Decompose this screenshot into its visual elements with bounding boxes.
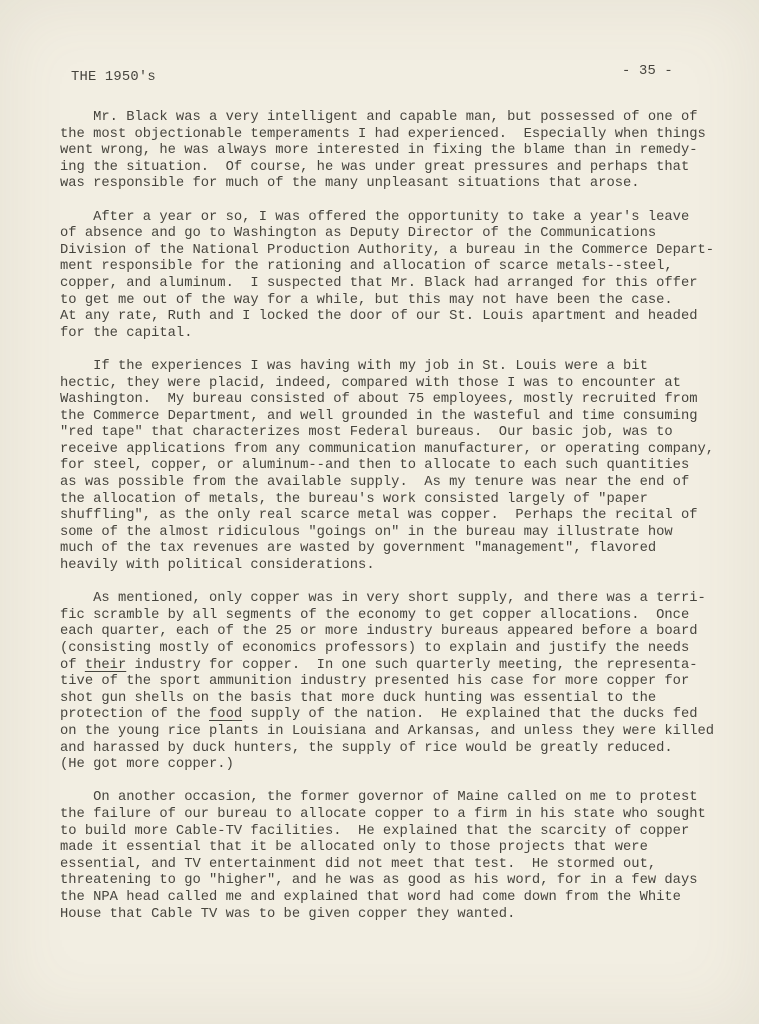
text-segment: After a year or so, I was offered the op… bbox=[60, 210, 714, 341]
text-segment: On another occasion, the former governor… bbox=[60, 790, 706, 921]
paragraph: If the experiences I was having with my … bbox=[60, 359, 740, 575]
page-title: THE 1950's bbox=[71, 70, 156, 85]
underlined-text: their bbox=[85, 658, 126, 673]
document-body: Mr. Black was a very intelligent and cap… bbox=[60, 110, 740, 940]
paragraph: Mr. Black was a very intelligent and cap… bbox=[60, 110, 740, 193]
page-number: - 35 - bbox=[622, 64, 673, 79]
page: THE 1950's - 35 - Mr. Black was a very i… bbox=[0, 0, 759, 1024]
paragraph: As mentioned, only copper was in very sh… bbox=[60, 591, 740, 774]
paragraph: On another occasion, the former governor… bbox=[60, 790, 740, 923]
text-segment: Mr. Black was a very intelligent and cap… bbox=[60, 110, 706, 191]
text-segment: If the experiences I was having with my … bbox=[60, 359, 714, 573]
paragraph: After a year or so, I was offered the op… bbox=[60, 210, 740, 343]
underlined-text: food bbox=[209, 707, 242, 722]
